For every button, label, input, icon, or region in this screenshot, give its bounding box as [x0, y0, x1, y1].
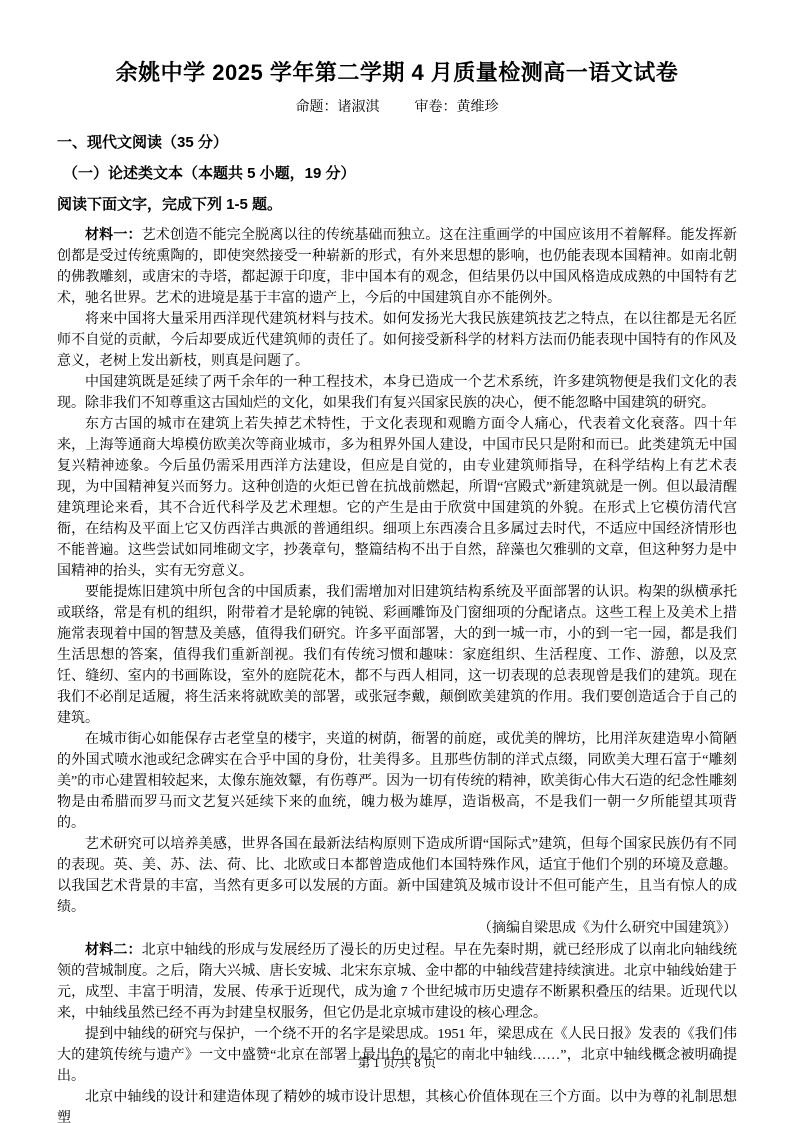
material2-paragraph-1: 材料二：北京中轴线的形成与发展经历了漫长的历史过程。早在先秦时期，就已经形成了以… [57, 939, 737, 1024]
reading-instruction: 阅读下面文字，完成下列 1-5 题。 [57, 195, 737, 215]
subsection-heading-lunshu-text: （一）论述类文本（本题共 5 小题，19 分） [57, 164, 737, 184]
material2-paragraph-1-text: 北京中轴线的形成与发展经历了漫长的历史过程。早在先秦时期，就已经形成了以南北向轴… [57, 943, 737, 1021]
material1-label: 材料一： [85, 226, 142, 242]
material1-paragraph-5: 要能提炼旧建筑中所包含的中国质素，我们需增加对旧建筑结构系统及平面部署的认识。构… [57, 582, 737, 729]
material1-paragraph-6: 在城市街心如能保存古老堂皇的楼宇，夹道的树荫，衙署的前庭，或优美的牌坊，比用洋灰… [57, 729, 737, 834]
material1-attribution: （摘编自梁思成《为什么研究中国建筑》） [57, 918, 737, 939]
material1-paragraph-1: 材料一：艺术创造不能完全脱离以往的传统基础而独立。这在注重画学的中国应该用不着解… [57, 224, 737, 309]
material1-paragraph-2: 将来中国将大量采用西洋现代建筑材料与技术。如何发扬光大我民族建筑技艺之特点，在以… [57, 309, 737, 372]
reading-passage: 材料一：艺术创造不能完全脱离以往的传统基础而独立。这在注重画学的中国应该用不着解… [57, 224, 737, 1123]
proposer-credit: 命题：诸淑淇 [296, 99, 380, 117]
section-heading-modern-reading: 一、现代文阅读（35 分） [57, 133, 737, 153]
material2-label: 材料二： [85, 941, 142, 957]
page-number-indicator: 第 1 页/共 8 页 [0, 1055, 794, 1071]
page-title: 余姚中学 2025 学年第二学期 4 月质量检测高一语文试卷 [57, 58, 737, 88]
material1-paragraph-7: 艺术研究可以培养美感，世界各国在最新法结构原则下造成所谓“国际式”建筑，但每个国… [57, 834, 737, 918]
material2-paragraph-3: 北京中轴线的设计和建造体现了精妙的城市设计思想，其核心价值体现在三个方面。以中为… [57, 1087, 737, 1123]
reviewer-credit: 审卷：黄维珍 [415, 99, 499, 117]
material1-paragraph-1-text: 艺术创造不能完全脱离以往的传统基础而独立。这在注重画学的中国应该用不着解释。能发… [57, 228, 737, 306]
material1-paragraph-4: 东方古国的城市在建筑上若失掉艺术特性，于文化表现和观瞻方面令人痛心，代表着文化衰… [57, 414, 737, 582]
material1-paragraph-3: 中国建筑既是延续了两千余年的一种工程技术，本身已造成一个艺术系统，许多建筑物便是… [57, 372, 737, 414]
exam-document-page: 余姚中学 2025 学年第二学期 4 月质量检测高一语文试卷 命题：诸淑淇审卷：… [0, 0, 794, 1123]
byline: 命题：诸淑淇审卷：黄维珍 [57, 99, 737, 117]
